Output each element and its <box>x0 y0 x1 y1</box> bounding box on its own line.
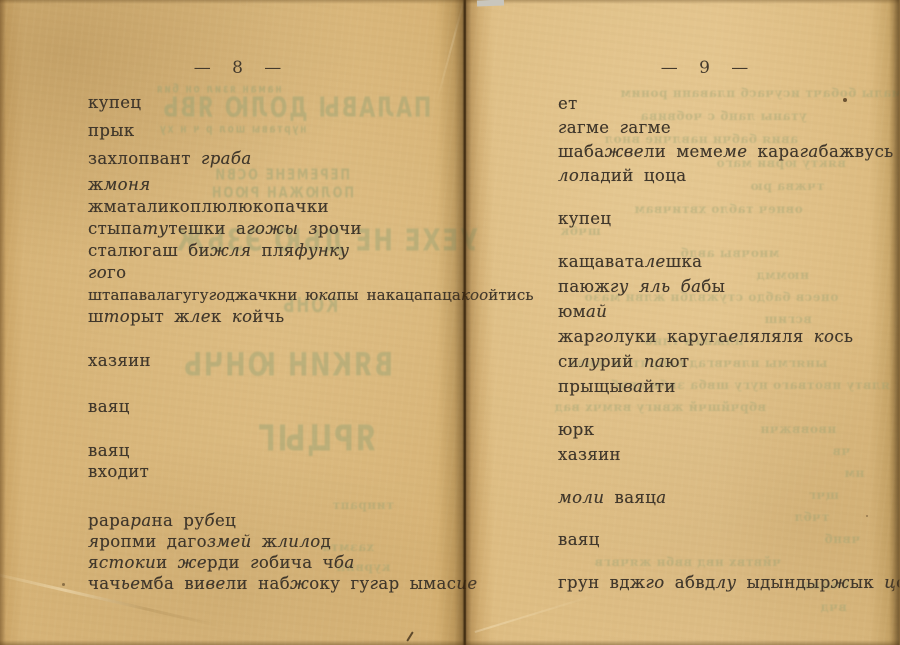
poem-line: входит <box>88 461 149 482</box>
poem-stanza: купецпрыкзахлопвант граба <box>88 89 252 173</box>
left-page: — 8 — купецпрыкзахлопвант грабажмоняжмат… <box>0 0 464 645</box>
poem-line: гого <box>88 262 534 284</box>
ghost-bleedthrough-line: чвнб <box>824 532 860 546</box>
ghost-bleedthrough-line: щчг <box>808 488 839 502</box>
poem-line: ет <box>558 92 894 116</box>
poem-stanza: жмоняжматаликоплюлюкопачкистыпатутешки а… <box>88 174 534 328</box>
poem-line: гагме гагме <box>558 116 894 140</box>
poem-line: ваяц <box>558 527 600 552</box>
poem-stanza: ваяц <box>558 527 600 552</box>
poem-line: захлопвант граба <box>88 145 252 173</box>
poem-stanza: моли ваяца <box>558 485 667 510</box>
poem-stanza: кащаваталешкапаюжгу яль бабыюмайжарголук… <box>558 249 853 399</box>
paper-speck <box>843 98 847 102</box>
poem-line: жмоня <box>88 174 534 196</box>
poem-line: шабажвели мемеме карагабажвусь <box>558 140 894 164</box>
ghost-bleedthrough-line: чйвтвх нвд ввбн жячвгв <box>594 555 781 569</box>
paper-speck <box>866 515 868 517</box>
paper-speck <box>62 583 65 586</box>
ghost-bleedthrough-line: тчбл <box>794 510 829 524</box>
ghost-bleedthrough-line: нвоввжчн <box>760 422 836 436</box>
poem-line: ваяц <box>88 440 149 461</box>
ghost-bleedthrough-text: ВЯКИН ЮНЧЬ <box>182 347 393 384</box>
poem-line: купец <box>88 89 252 117</box>
poem-line: купец <box>558 207 611 231</box>
poem-line: моли ваяца <box>558 485 667 510</box>
poem-stanza: грун вджго абвдлу ыдындыржык цок <box>558 570 900 595</box>
poem-line: стыпатутешки агожы зрочи <box>88 218 534 240</box>
poem-stanza: хазяин <box>88 350 151 372</box>
poem-line: прык <box>88 117 252 145</box>
poem-line: хазяин <box>558 442 621 467</box>
poem-line: кащаваталешка <box>558 249 853 274</box>
poem-line: жматаликоплюлюкопачки <box>88 196 534 218</box>
ghost-bleedthrough-line: вчд <box>820 600 847 614</box>
poem-line: шторыт жлек койчь <box>88 306 534 328</box>
poem-line: сталюгаш бижля пляфунку <box>88 240 534 262</box>
poem-line: лоладий цоца <box>558 164 894 188</box>
poem-line: юмай <box>558 299 853 324</box>
poem-line: паюжгу яль бабы <box>558 274 853 299</box>
scanner-edge-sliver <box>477 0 504 6</box>
poem-line: ваяц <box>88 396 130 418</box>
ghost-bleedthrough-text: ЯРЦЫГ <box>257 419 377 460</box>
poem-line: силурий пают <box>558 349 853 374</box>
poem-line: рарарана рубец <box>88 510 478 531</box>
book-scan-spread: — 8 — купецпрыкзахлопвант грабажмоняжмат… <box>0 0 900 645</box>
poem-line: чачьемба вивели набжоку гугар ымасие <box>88 573 478 594</box>
page-number-right: — 9 — <box>650 58 760 78</box>
poem-line: юрк <box>558 417 621 442</box>
poem-stanza: юркхазяин <box>558 417 621 467</box>
ghost-bleedthrough-line: нм <box>844 466 864 480</box>
ghost-bleedthrough-line: овнеч табло хвтичвам <box>634 202 803 216</box>
ghost-bleedthrough-line: чв <box>832 444 850 458</box>
poem-line: хазяин <box>88 350 151 372</box>
poem-stanza: етгагме гагмешабажвели мемеме карагабажв… <box>558 92 894 188</box>
poem-line: ястокии жерди гобича чба <box>88 552 478 573</box>
poem-line: прыщывайти <box>558 374 853 399</box>
poem-stanza: ваяцвходит <box>88 440 149 482</box>
poem-line: штапавалагугугоджачкни юкапы накацапацак… <box>88 284 534 306</box>
page-number-left: — 8 — <box>188 58 288 78</box>
poem-stanza: рарарана рубецяропми дагозмей жлилодясто… <box>88 510 478 594</box>
poem-line: грун вджго абвдлу ыдындыржык цок <box>558 570 900 595</box>
poem-stanza: ваяц <box>88 396 130 418</box>
poem-stanza: купец <box>558 207 611 231</box>
poem-line: жарголуки каругаеляляля кось <box>558 324 853 349</box>
ghost-bleedthrough-line: вбрчйшчй жвигу вямчх вад <box>554 400 766 414</box>
poem-line: яропми дагозмей жлилод <box>88 531 478 552</box>
